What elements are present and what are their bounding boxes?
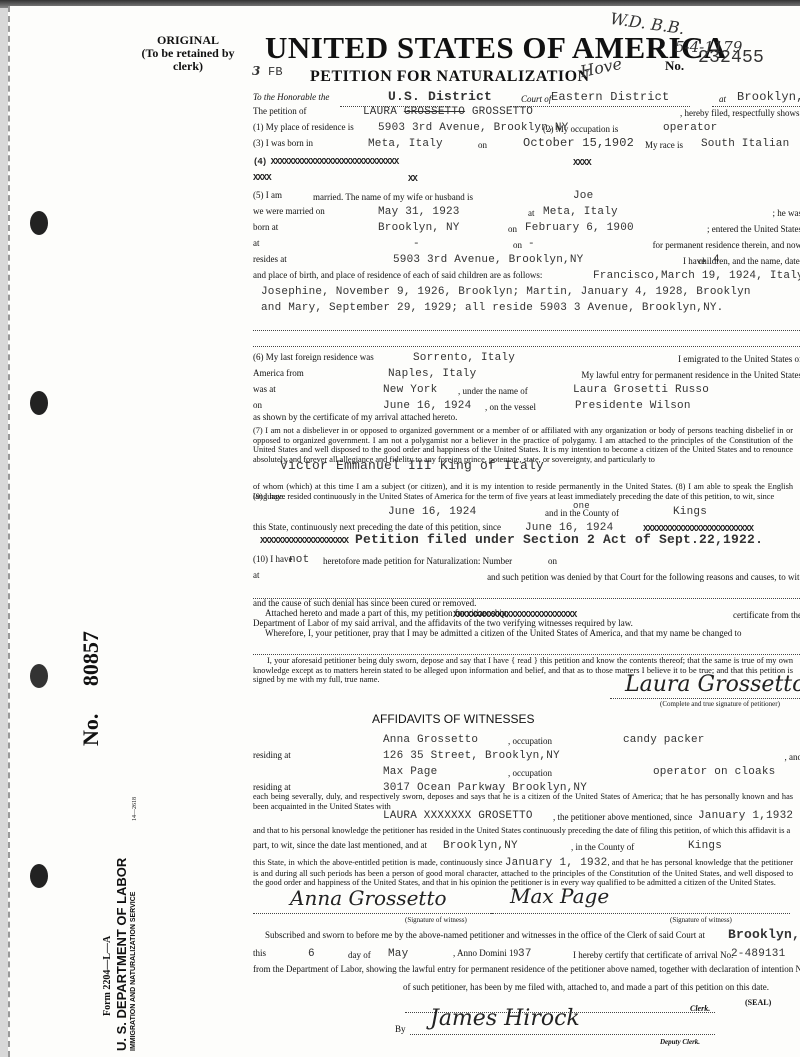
prior-petition-at-row: at and such petition was denied by that … bbox=[253, 570, 800, 584]
prior-petition-not: not bbox=[289, 554, 309, 566]
form-number: Form 2204—L—A bbox=[102, 936, 113, 1016]
acquainted-row: LAURA XXXXXXX GROSETTO , the petitioner … bbox=[253, 810, 800, 824]
seal-label: (SEAL) bbox=[745, 998, 771, 1007]
section-note: Petition filed under Section 2 Act of Se… bbox=[355, 532, 763, 547]
clerk-label: clerk) bbox=[138, 60, 238, 73]
document-title: UNITED STATES OF AMERICA bbox=[265, 30, 727, 66]
foreign-residence-row: (6) My last foreign residence was Sorren… bbox=[253, 352, 800, 366]
us-since: June 16, 1924 bbox=[388, 506, 476, 518]
witness1-caption: (Signature of witness) bbox=[405, 916, 467, 924]
spouse-birth-row: born at Brooklyn, NY on February 6, 1900… bbox=[253, 222, 800, 236]
entry-port-row: was at New York , under the name of Laur… bbox=[253, 384, 800, 398]
witness2-name: Max Page bbox=[383, 766, 437, 778]
emigrated-from: Naples, Italy bbox=[388, 368, 476, 380]
subscribed-row: Subscribed and sworn to before me by the… bbox=[253, 930, 800, 944]
children-line: and Mary, September 29, 1929; all reside… bbox=[261, 302, 723, 314]
witness1-row: Anna Grossetto , occupation candy packer bbox=[253, 734, 800, 748]
residence-since-row: June 16, 1924 and in the County of one K… bbox=[253, 506, 800, 520]
punch-hole bbox=[30, 211, 48, 235]
witness2-caption: (Signature of witness) bbox=[670, 916, 732, 924]
marriage-date-row: we were married on May 31, 1923 at Meta,… bbox=[253, 206, 800, 220]
petitioner-row: The petition of LAURA GROSSETTO GROSSETT… bbox=[253, 106, 800, 120]
deputy-clerk-label: Deputy Clerk. bbox=[660, 1038, 700, 1046]
department-text: from the Department of Labor, showing th… bbox=[253, 964, 800, 978]
punch-hole bbox=[30, 864, 48, 888]
original-note: ORIGINAL (To be retained by clerk) bbox=[138, 34, 238, 73]
marriage-date: May 31, 1923 bbox=[378, 206, 460, 218]
print-code: 14—2618 bbox=[132, 797, 138, 821]
known-since: January 1,1932 bbox=[698, 810, 793, 822]
witness1-name: Anna Grossetto bbox=[383, 734, 478, 746]
item4-continued-row: XXXX XX bbox=[253, 172, 800, 186]
clerk-label: Clerk. bbox=[690, 1004, 710, 1013]
arrival-cert-number: 2-489131 bbox=[731, 948, 785, 960]
by-label: By bbox=[395, 1024, 406, 1034]
document-subtitle: PETITION FOR NATURALIZATION bbox=[310, 68, 590, 86]
witness1-occupation: candy packer bbox=[623, 734, 705, 746]
handwritten-note: 5-4-1179 bbox=[675, 38, 742, 56]
service-name: IMMIGRATION AND NATURALIZATION SERVICE bbox=[130, 892, 137, 1051]
children-line: Josephine, November 9, 1926, Brooklyn; M… bbox=[261, 286, 751, 298]
spouse-birthdate: February 6, 1900 bbox=[525, 222, 634, 234]
affidavit-county: Kings bbox=[688, 840, 722, 852]
entry-port: New York bbox=[383, 384, 437, 396]
number-label: No. bbox=[665, 58, 684, 74]
residence-row: (1) My place of residence is 5903 3rd Av… bbox=[253, 122, 800, 136]
witness1-address-row: residing at 126 35 Street, Brooklyn,NY ,… bbox=[253, 750, 800, 764]
punch-hole bbox=[30, 391, 48, 415]
item4-struck-row: (4) XXXXXXXXXXXXXXXXXXXXXXXXXXXXX XXXX bbox=[253, 156, 800, 170]
naturalization-petition-page: ORIGINAL (To be retained by clerk) 3 FB … bbox=[8, 6, 800, 1057]
wherefore-row: Wherefore, I, your petitioner, pray that… bbox=[253, 628, 800, 642]
spouse-residence-row: resides at 5903 3rd Avenue, Brooklyn,NY … bbox=[253, 254, 800, 268]
affidavits-heading: AFFIDAVITS OF WITNESSES bbox=[372, 712, 534, 726]
fb-stamp: 3 FB bbox=[252, 64, 283, 79]
spouse-entry-row: at - on - for permanent residence therei… bbox=[253, 238, 800, 252]
residence-value: 5903 3rd Avenue, Brooklyn,NY bbox=[378, 122, 568, 134]
children-line: Francisco,March 19, 1924, Italy; bbox=[593, 270, 800, 282]
witness2-occupation: operator on cloaks bbox=[653, 766, 775, 778]
punch-hole bbox=[30, 664, 48, 688]
entry-name: Laura Grosetti Russo bbox=[573, 384, 709, 396]
emigrated-from-row: America from Naples, Italy My lawful ent… bbox=[253, 368, 800, 382]
entry-date: June 16, 1924 bbox=[383, 400, 471, 412]
petitioner-name: LAURA GROSSETTO GROSSETTO bbox=[363, 106, 533, 118]
witness1-address: 126 35 Street, Brooklyn,NY bbox=[383, 750, 560, 762]
signature-caption: (Complete and true signature of petition… bbox=[660, 700, 780, 708]
county: Kings bbox=[673, 506, 707, 518]
item9-statement: (9) I have resided continuously in the U… bbox=[253, 492, 793, 502]
spouse-birthplace: Brooklyn, NY bbox=[378, 222, 460, 234]
certificate-note: as shown by the certificate of my arriva… bbox=[253, 412, 800, 426]
spouse-name: Joe bbox=[573, 190, 593, 202]
resided-at: Brooklyn,NY bbox=[443, 840, 518, 852]
marriage-place: Meta, Italy bbox=[543, 206, 618, 218]
children-row: Josephine, November 9, 1926, Brooklyn; M… bbox=[253, 286, 800, 300]
resided-text: and that to his personal knowledge the p… bbox=[253, 826, 793, 836]
witness-sworn-text: each being severally, duly, and respecti… bbox=[253, 792, 793, 811]
jurat-month: May bbox=[388, 948, 408, 960]
children-intro-row: and place of birth, and place of residen… bbox=[253, 270, 800, 284]
petitioner-name-affidavit: LAURA XXXXXXX GROSETTO bbox=[383, 810, 533, 822]
prior-petition-row: (10) I have not heretofore made petition… bbox=[253, 554, 800, 568]
jurat-year: 37 bbox=[518, 948, 532, 960]
spouse-residence: 5903 3rd Avenue, Brooklyn,NY bbox=[393, 254, 583, 266]
occupation-value: operator bbox=[663, 122, 717, 134]
jurat-place: Brooklyn,N.Y. bbox=[728, 927, 800, 942]
married-row: (5) I am married. The name of my wife or… bbox=[253, 190, 800, 204]
vessel-name: Presidente Wilson bbox=[575, 400, 691, 412]
children-row: and Mary, September 29, 1929; all reside… bbox=[253, 302, 800, 316]
sovereign: Victor Emmanuel III King of Italy bbox=[280, 458, 544, 473]
birthplace-value: Meta, Italy bbox=[368, 138, 443, 150]
witness2-row: Max Page , occupation operator on cloaks bbox=[253, 766, 800, 780]
jurat-day: 6 bbox=[308, 948, 315, 960]
last-foreign-residence: Sorrento, Italy bbox=[413, 352, 515, 364]
department-name: U. S. DEPARTMENT OF LABOR bbox=[114, 858, 129, 1051]
birthdate-value: October 15,1902 bbox=[523, 136, 634, 150]
birth-row: (3) I was born in Meta, Italy on October… bbox=[253, 138, 800, 152]
jurat-date-row: this 6 day of May , Anno Domini 1937 I h… bbox=[253, 948, 800, 962]
resided-at-row: part, to wit, since the date last mentio… bbox=[253, 840, 800, 854]
serial-number: No. 80857 bbox=[78, 631, 104, 746]
race-value: South Italian bbox=[701, 138, 789, 150]
filed-row: of such petitioner, has been by me filed… bbox=[253, 980, 800, 994]
